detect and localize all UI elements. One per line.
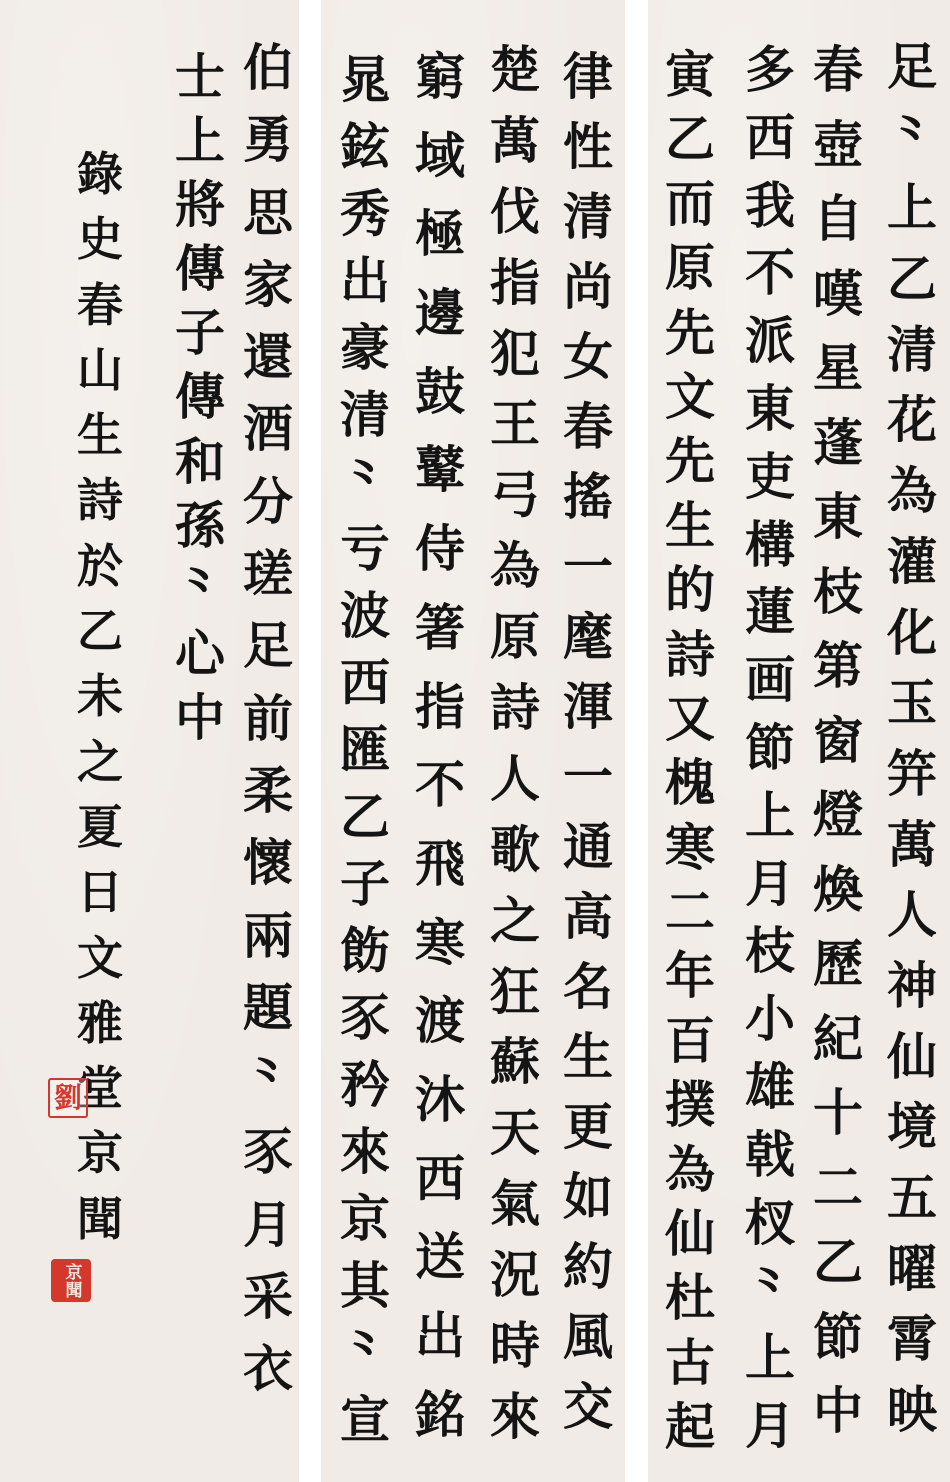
calligraphy-character: 王 [483, 389, 547, 460]
calligraphy-character: 錄 [68, 142, 132, 207]
calligraphy-character: 西 [738, 104, 802, 172]
calligraphy-character: 画 [738, 646, 802, 714]
calligraphy-character: 月 [738, 850, 802, 918]
calligraphy-character: 伯 [236, 32, 300, 104]
calligraphy-character: 起 [658, 1395, 722, 1459]
calligraphy-character: 上 [738, 1324, 802, 1392]
calligraphy-character: 人 [880, 880, 944, 951]
calligraphy-character: 年 [658, 944, 722, 1008]
calligraphy-character: 犯 [483, 319, 547, 390]
calligraphy-character: 文 [658, 365, 722, 429]
calligraphy-character: 節 [806, 1300, 870, 1375]
calligraphy-character: 乙 [68, 599, 132, 664]
calligraphy-character: 山 [68, 338, 132, 403]
calligraphy-character: ⺀ [236, 1044, 300, 1116]
calligraphy-character: 心 [168, 622, 232, 686]
calligraphy-character: 乙 [658, 107, 722, 171]
calligraphy-character: 指 [483, 248, 547, 319]
calligraphy-character: 名 [556, 952, 620, 1022]
calligraphy-character: 傳 [168, 237, 232, 301]
calligraphy-character: 曜 [880, 1234, 944, 1305]
calligraphy-character: 上 [880, 173, 944, 244]
calligraphy-character: 槐 [658, 751, 722, 815]
calligraphy-character: 侍 [408, 510, 472, 589]
calligraphy-character: 煥 [806, 853, 870, 928]
calligraphy-character: ⺀ [333, 1319, 397, 1386]
calligraphy-character: 一 [556, 742, 620, 812]
calligraphy-character: 的 [658, 558, 722, 622]
calligraphy-character: 通 [556, 812, 620, 882]
calligraphy-character: 而 [658, 172, 722, 236]
calligraphy-character: 仙 [658, 1202, 722, 1266]
calligraphy-character: 化 [880, 598, 944, 669]
calligraphy-character: 杈 [738, 1189, 802, 1257]
calligraphy-character: 東 [806, 480, 870, 555]
calligraphy-character: 春 [806, 33, 870, 108]
text-column-middle-4: 晁鉉秀出豪清⺀亏波西匯乙子飭豕矜來京其⺀宣 [333, 46, 397, 1453]
calligraphy-character: 枝 [738, 917, 802, 985]
calligraphy-character: 仙 [880, 1022, 944, 1093]
calligraphy-character: 狂 [483, 957, 547, 1028]
calligraphy-character: 古 [658, 1331, 722, 1395]
calligraphy-character: 麾 [556, 602, 620, 672]
calligraphy-character: 窗 [806, 704, 870, 779]
calligraphy-character: 鉉 [333, 113, 397, 180]
calligraphy-character: 史 [68, 207, 132, 272]
calligraphy-character: 弓 [483, 460, 547, 531]
calligraphy-character: 清 [333, 381, 397, 448]
calligraphy-character: 波 [333, 582, 397, 649]
calligraphy-character: 銘 [408, 1376, 472, 1455]
calligraphy-character: 上 [738, 782, 802, 850]
calligraphy-character: 灌 [880, 527, 944, 598]
calligraphy-character: 窮 [408, 38, 472, 117]
calligraphy-character: 勇 [236, 104, 300, 176]
calligraphy-character: 孫 [168, 494, 232, 558]
calligraphy-character: 出 [333, 247, 397, 314]
calligraphy-character: 宣 [333, 1386, 397, 1453]
calligraphy-character: 寅 [658, 43, 722, 107]
calligraphy-character: 十 [806, 1076, 870, 1151]
calligraphy-character: 箸 [408, 589, 472, 668]
calligraphy-character: 歌 [483, 815, 547, 886]
calligraphy-character: 構 [738, 511, 802, 579]
calligraphy-character: 采 [236, 1261, 300, 1333]
text-column-right-4: 寅乙而原先文先生的詩又槐寒二年百撲為仙杜古起 [658, 43, 722, 1460]
calligraphy-character: 東 [738, 375, 802, 443]
calligraphy-character: 秀 [333, 180, 397, 247]
calligraphy-character: 況 [483, 1240, 547, 1311]
calligraphy-character: ⺀ [168, 558, 232, 622]
calligraphy-character: 士 [168, 45, 232, 109]
calligraphy-character: 為 [658, 1138, 722, 1202]
calligraphy-character: 乙 [880, 244, 944, 315]
calligraphy-character: 我 [738, 172, 802, 240]
calligraphy-character: 渾 [556, 672, 620, 742]
calligraphy-character: 來 [483, 1382, 547, 1453]
calligraphy-character: 矜 [333, 1051, 397, 1118]
calligraphy-character: 詩 [68, 468, 132, 533]
calligraphy-character: 戟 [738, 1121, 802, 1189]
calligraphy-character: 足 [880, 32, 944, 103]
calligraphy-character: 生 [556, 1022, 620, 1092]
calligraphy-character: 境 [880, 1092, 944, 1163]
calligraphy-character: 風 [556, 1302, 620, 1372]
calligraphy-character: 之 [68, 730, 132, 795]
calligraphy-character: 自 [806, 182, 870, 257]
calligraphy-character: 原 [483, 602, 547, 673]
calligraphy-character: 還 [236, 321, 300, 393]
calligraphy-character: 飭 [333, 917, 397, 984]
calligraphy-character: 生 [658, 494, 722, 558]
calligraphy-character: 嘆 [806, 257, 870, 332]
calligraphy-character: 夏 [68, 795, 132, 860]
calligraphy-character: 小 [738, 985, 802, 1053]
calligraphy-character: 萬 [880, 810, 944, 881]
calligraphy-character: 寒 [408, 904, 472, 983]
calligraphy-character: 天 [483, 1098, 547, 1169]
calligraphy-character: 飛 [408, 825, 472, 904]
calligraphy-character: 杜 [658, 1266, 722, 1330]
calligraphy-character: 鼓 [408, 353, 472, 432]
calligraphy-character: 歷 [806, 927, 870, 1002]
calligraphy-character: 又 [658, 687, 722, 751]
calligraphy-character: 沐 [408, 1061, 472, 1140]
calligraphy-character: 來 [333, 1118, 397, 1185]
calligraphy-character: 燈 [806, 778, 870, 853]
calligraphy-character: 兩 [236, 900, 300, 972]
calligraphy-character: 月 [738, 1392, 802, 1460]
calligraphy-character: 星 [806, 331, 870, 406]
calligraphy-character: 派 [738, 307, 802, 375]
calligraphy-character: 之 [483, 886, 547, 957]
calligraphy-character: 搖 [556, 462, 620, 532]
calligraphy-character: 蓬 [806, 406, 870, 481]
text-column-middle-2: 楚萬伐指犯王弓為原詩人歌之狂蘇天氣況時來 [483, 35, 547, 1453]
calligraphy-character: 高 [556, 882, 620, 952]
calligraphy-character: 一 [556, 532, 620, 602]
calligraphy-character: 蘇 [483, 1027, 547, 1098]
calligraphy-character: 晁 [333, 46, 397, 113]
calligraphy-character: 第 [806, 629, 870, 704]
calligraphy-character: 亏 [333, 515, 397, 582]
calligraphy-character: 二 [806, 1151, 870, 1226]
calligraphy-character: 中 [168, 686, 232, 750]
calligraphy-character: 西 [333, 649, 397, 716]
calligraphy-character: 花 [880, 385, 944, 456]
calligraphy-character: 撲 [658, 1073, 722, 1137]
calligraphy-character: 極 [408, 195, 472, 274]
calligraphy-character: 春 [68, 273, 132, 338]
calligraphy-character: 月 [236, 1189, 300, 1261]
calligraphy-character: 雅 [68, 991, 132, 1056]
calligraphy-character: 二 [658, 880, 722, 944]
calligraphy-character: 霄 [880, 1304, 944, 1375]
calligraphy-character: 豪 [333, 314, 397, 381]
calligraphy-character: 乙 [333, 783, 397, 850]
calligraphy-character: 多 [738, 36, 802, 104]
calligraphy-character: 寒 [658, 816, 722, 880]
calligraphy-character: 上 [168, 109, 232, 173]
calligraphy-character: 人 [483, 744, 547, 815]
calligraphy-character: 映 [880, 1375, 944, 1446]
calligraphy-character: ⺀ [333, 448, 397, 515]
calligraphy-character: 節 [738, 714, 802, 782]
calligraphy-character: 清 [880, 315, 944, 386]
calligraphy-character: 玉 [880, 668, 944, 739]
calligraphy-character: 乙 [806, 1225, 870, 1300]
calligraphy-character: 神 [880, 951, 944, 1022]
calligraphy-character: 不 [738, 239, 802, 307]
calligraphy-character: ⺀ [738, 1256, 802, 1324]
calligraphy-character: 雄 [738, 1053, 802, 1121]
calligraphy-character: 題 [236, 972, 300, 1044]
calligraphy-character: 如 [556, 1162, 620, 1232]
calligraphy-character: 瑳 [236, 538, 300, 610]
calligraphy-character: 子 [333, 850, 397, 917]
calligraphy-character: 分 [236, 466, 300, 538]
seal-stamp-upper: 劉 [48, 1078, 88, 1118]
calligraphy-character: 域 [408, 117, 472, 196]
calligraphy-character: 約 [556, 1232, 620, 1302]
calligraphy-character: 京 [333, 1185, 397, 1252]
calligraphy-character: 文 [68, 926, 132, 991]
calligraphy-character: 為 [483, 531, 547, 602]
calligraphy-character: 邊 [408, 274, 472, 353]
calligraphy-character: 出 [408, 1297, 472, 1376]
calligraphy-character: 不 [408, 746, 472, 825]
calligraphy-character: 指 [408, 668, 472, 747]
text-column-middle-3: 窮域極邊鼓鼙侍箸指不飛寒渡沐西送出銘 [408, 38, 472, 1454]
calligraphy-character: 豕 [333, 984, 397, 1051]
seal-lower-text: 京聞 [63, 1263, 80, 1299]
calligraphy-character: 京 [68, 1121, 132, 1186]
calligraphy-character: 酒 [236, 393, 300, 465]
calligraphy-character: 原 [658, 236, 722, 300]
calligraphy-character: 思 [236, 177, 300, 249]
calligraphy-character: 柔 [236, 755, 300, 827]
calligraphy-character: 律 [556, 42, 620, 112]
calligraphy-character: 豕 [236, 1116, 300, 1188]
calligraphy-character: 先 [658, 301, 722, 365]
calligraphy-character: 性 [556, 112, 620, 182]
calligraphy-character: 女 [556, 322, 620, 392]
calligraphy-character: 和 [168, 430, 232, 494]
calligraphy-character: 聞 [68, 1187, 132, 1252]
calligraphy-character: 渡 [408, 982, 472, 1061]
calligraphy-character: 萬 [483, 106, 547, 177]
calligraphy-character: 尚 [556, 252, 620, 322]
calligraphy-character: 先 [658, 429, 722, 493]
calligraphy-character: 蓮 [738, 578, 802, 646]
text-column-left-1: 伯勇思家還酒分瑳足前柔懷兩題⺀豕月采衣 [236, 32, 300, 1406]
calligraphy-character: 其 [333, 1252, 397, 1319]
calligraphy-character: 枝 [806, 555, 870, 630]
calligraphy-character: 日 [68, 860, 132, 925]
calligraphy-character: 更 [556, 1092, 620, 1162]
calligraphy-character: 春 [556, 392, 620, 462]
calligraphy-character: 將 [168, 173, 232, 237]
calligraphy-character: 前 [236, 683, 300, 755]
text-column-right-3: 多西我不派東吏構蓮画節上月枝小雄戟杈⺀上月 [738, 36, 802, 1460]
calligraphy-character: 於 [68, 534, 132, 599]
calligraphy-character: 詩 [658, 623, 722, 687]
calligraphy-character: 壺 [806, 108, 870, 183]
text-column-left-2: 士上將傳子傳和孫⺀心中 [168, 45, 232, 750]
calligraphy-character: 西 [408, 1140, 472, 1219]
seal-stamp-lower: 京聞 [51, 1259, 91, 1302]
calligraphy-character: 清 [556, 182, 620, 252]
calligraphy-character: 紀 [806, 1002, 870, 1077]
calligraphy-character: 百 [658, 1009, 722, 1073]
text-column-middle-1: 律性清尚女春搖一麾渾一通高名生更如約風交 [556, 42, 620, 1442]
calligraphy-character: 楚 [483, 35, 547, 106]
text-column-right-1: 足⺀上乙清花為灌化玉笄萬人神仙境五曜霄映 [880, 32, 944, 1446]
calligraphy-character: 氣 [483, 1169, 547, 1240]
calligraphy-character: ⺀ [880, 103, 944, 174]
calligraphy-character: 中 [806, 1374, 870, 1449]
calligraphy-character: 送 [408, 1218, 472, 1297]
calligraphy-character: 衣 [236, 1333, 300, 1405]
text-column-right-2: 春壺自嘆星蓬東枝第窗燈煥歷紀十二乙節中 [806, 33, 870, 1449]
calligraphy-character: 傳 [168, 365, 232, 429]
calligraphy-character: 伐 [483, 177, 547, 248]
calligraphy-character: 吏 [738, 443, 802, 511]
calligraphy-character: 足 [236, 610, 300, 682]
calligraphy-character: 匯 [333, 716, 397, 783]
calligraphy-character: 生 [68, 403, 132, 468]
calligraphy-character: 交 [556, 1372, 620, 1442]
seal-upper-text: 劉 [54, 1084, 82, 1112]
calligraphy-character: 未 [68, 664, 132, 729]
calligraphy-character: 笄 [880, 739, 944, 810]
calligraphy-character: 為 [880, 456, 944, 527]
calligraphy-character: 詩 [483, 673, 547, 744]
calligraphy-character: 鼙 [408, 431, 472, 510]
calligraphy-character: 懷 [236, 827, 300, 899]
calligraphy-character: 時 [483, 1311, 547, 1382]
calligraphy-character: 家 [236, 249, 300, 321]
calligraphy-character: 子 [168, 301, 232, 365]
calligraphy-character: 五 [880, 1163, 944, 1234]
